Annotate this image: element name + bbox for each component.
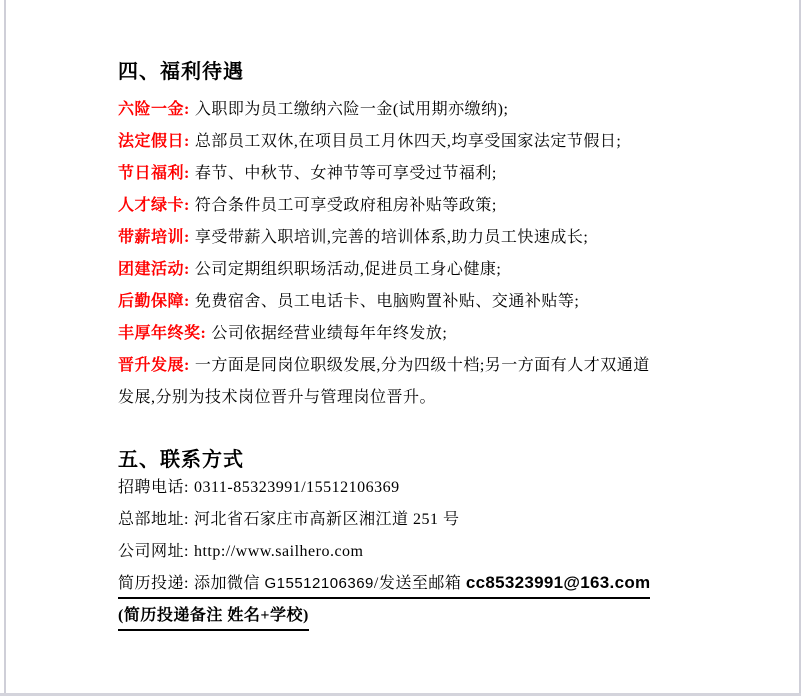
benefit-label: 带薪培训:	[118, 229, 190, 246]
benefit-item: 六险一金:入职即为员工缴纳六险一金(试用期亦缴纳);	[118, 94, 692, 126]
contact-address-value: 河北省石家庄市高新区湘江道 251 号	[194, 511, 460, 528]
benefit-label: 丰厚年终奖:	[118, 325, 206, 342]
benefit-label: 六险一金:	[118, 101, 190, 118]
benefit-text: 享受带薪入职培训,完善的培训体系,助力员工快速成长;	[195, 229, 588, 246]
benefit-text: 公司依据经营业绩每年年终发放;	[211, 325, 447, 342]
resume-wechat-id: G15512106369	[264, 575, 373, 592]
contact-resume-row: 简历投递:添加微信 G15512106369/发送至邮箱 cc85323991@…	[118, 568, 692, 600]
benefit-item: 团建活动:公司定期组织职场活动,促进员工身心健康;	[118, 254, 692, 286]
contact-address-label: 总部地址:	[118, 511, 189, 528]
contact-list: 招聘电话:0311-85323991/15512106369 总部地址:河北省石…	[118, 472, 692, 632]
contact-section-title: 五、联系方式	[118, 448, 692, 472]
benefit-item: 丰厚年终奖:公司依据经营业绩每年年终发放;	[118, 318, 692, 350]
resume-note-row: (简历投递备注 姓名+学校)	[118, 600, 692, 632]
contact-website-label: 公司网址:	[118, 543, 189, 560]
benefit-text: 总部员工双休,在项目员工月休四天,均享受国家法定节假日;	[195, 133, 621, 150]
contact-phone-label: 招聘电话:	[118, 479, 189, 496]
resume-underlined-text: 简历投递:添加微信 G15512106369/发送至邮箱 cc85323991@…	[118, 572, 650, 599]
benefit-item: 带薪培训:享受带薪入职培训,完善的培训体系,助力员工快速成长;	[118, 222, 692, 254]
contact-phone-value: 0311-85323991/15512106369	[194, 479, 400, 496]
benefit-label: 晋升发展:	[118, 357, 190, 374]
contact-website-row: 公司网址:http://www.sailhero.com	[118, 536, 692, 568]
page-left-edge	[4, 0, 6, 696]
benefits-section-title: 四、福利待遇	[118, 60, 692, 84]
benefit-item: 节日福利:春节、中秋节、女神节等可享受过节福利;	[118, 158, 692, 190]
benefit-label: 节日福利:	[118, 165, 190, 182]
benefit-item: 后勤保障:免费宿舍、员工电话卡、电脑购置补贴、交通补贴等;	[118, 286, 692, 318]
benefits-list: 六险一金:入职即为员工缴纳六险一金(试用期亦缴纳); 法定假日:总部员工双休,在…	[118, 94, 692, 414]
benefit-item: 晋升发展:一方面是同岗位职级发展,分为四级十档;另一方面有人才双通道发展,分别为…	[118, 350, 692, 414]
benefit-text: 符合条件员工可享受政府租房补贴等政策;	[195, 197, 497, 214]
benefit-item: 法定假日:总部员工双休,在项目员工月休四天,均享受国家法定节假日;	[118, 126, 692, 158]
document-page: 四、福利待遇 六险一金:入职即为员工缴纳六险一金(试用期亦缴纳); 法定假日:总…	[0, 0, 801, 696]
benefit-label: 人才绿卡:	[118, 197, 190, 214]
benefit-item: 人才绿卡:符合条件员工可享受政府租房补贴等政策;	[118, 190, 692, 222]
contact-website-value: http://www.sailhero.com	[194, 543, 364, 560]
resume-note-underlined-text: (简历投递备注 姓名+学校)	[118, 605, 309, 631]
benefit-text-continuation: 发展,分别为技术岗位晋升与管理岗位晋升。	[118, 389, 436, 406]
document-content: 四、福利待遇 六险一金:入职即为员工缴纳六险一金(试用期亦缴纳); 法定假日:总…	[118, 0, 692, 632]
benefit-text: 公司定期组织职场活动,促进员工身心健康;	[195, 261, 501, 278]
benefit-text: 一方面是同岗位职级发展,分为四级十档;另一方面有人才双通道	[195, 357, 650, 374]
resume-part2: /发送至邮箱	[374, 575, 466, 592]
benefit-text: 春节、中秋节、女神节等可享受过节福利;	[195, 165, 497, 182]
benefit-label: 后勤保障:	[118, 293, 190, 310]
resume-email: cc85323991@163.com	[466, 573, 651, 592]
benefit-text: 入职即为员工缴纳六险一金(试用期亦缴纳);	[195, 101, 509, 118]
benefit-label: 法定假日:	[118, 133, 190, 150]
resume-label: 简历投递:	[118, 575, 189, 592]
contact-address-row: 总部地址:河北省石家庄市高新区湘江道 251 号	[118, 504, 692, 536]
contact-phone-row: 招聘电话:0311-85323991/15512106369	[118, 472, 692, 504]
benefit-text: 免费宿舍、员工电话卡、电脑购置补贴、交通补贴等;	[195, 293, 579, 310]
benefit-label: 团建活动:	[118, 261, 190, 278]
resume-part1: 添加微信	[194, 575, 265, 592]
